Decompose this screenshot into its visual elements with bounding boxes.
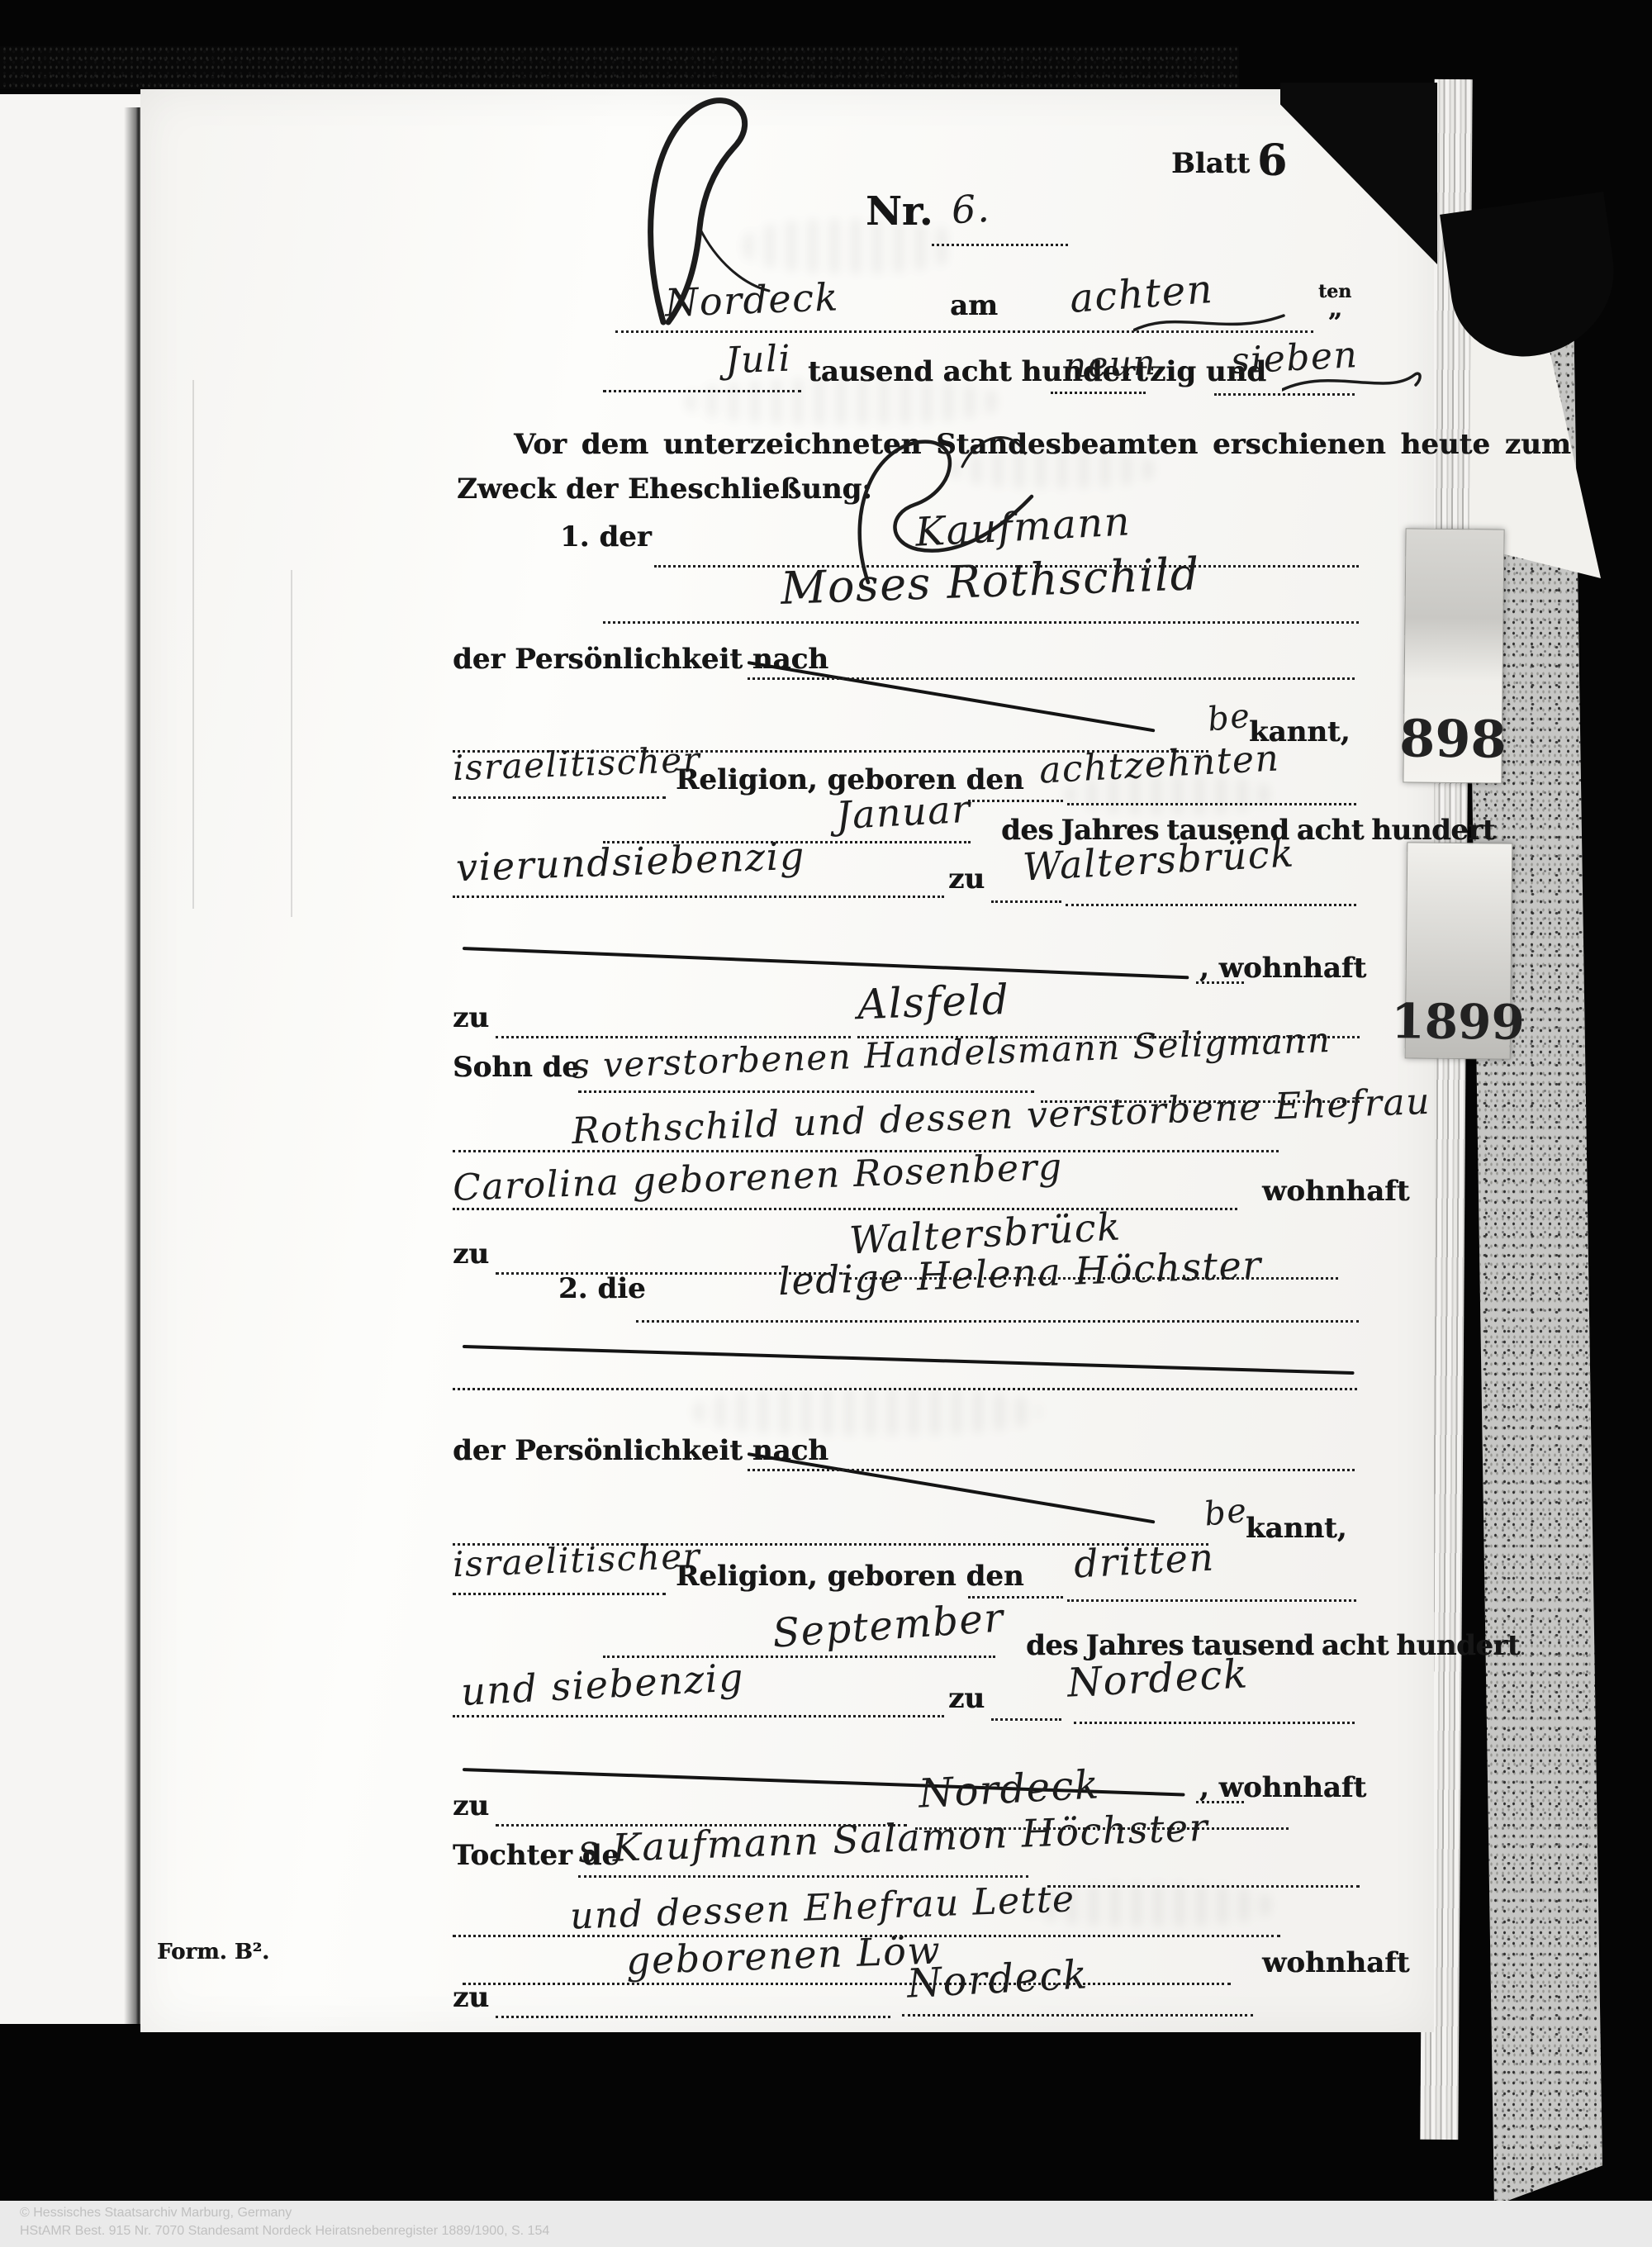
dotted-line xyxy=(603,621,1359,624)
year-tens: neun xyxy=(1063,342,1157,386)
page-crease xyxy=(291,570,292,917)
page-crease xyxy=(192,380,194,909)
handwriting-flourish xyxy=(1133,307,1290,342)
dotted-line xyxy=(453,796,666,799)
bride-religion: israelitischer xyxy=(452,1536,701,1584)
ditto-mark: „ xyxy=(1328,294,1342,323)
dotted-line xyxy=(932,244,1068,246)
scanned-register-photo: Blatt 6 Nr. 6. Nordeck am achten ten „ J… xyxy=(0,0,1652,2247)
dotted-line xyxy=(496,2016,890,2018)
dotted-line xyxy=(902,2014,1253,2017)
dotted-line xyxy=(453,1715,944,1717)
dotted-line xyxy=(1074,1722,1355,1724)
footer-strip: © Hessisches Staatsarchiv Marburg, Germa… xyxy=(0,2201,1652,2247)
wohnhaft-label-groom-parents: wohnhaft xyxy=(1262,1175,1409,1208)
kannt-label-bride: kannt, xyxy=(1246,1512,1347,1545)
zu-label-bride-residence: zu xyxy=(453,1789,489,1822)
wohnhaft-label-bride: , wohnhaft xyxy=(1199,1771,1366,1804)
dotted-line xyxy=(1214,393,1355,396)
bleedthrough-smudge xyxy=(694,1388,1041,1436)
dotted-line xyxy=(453,1593,666,1595)
bride-birth-day: dritten xyxy=(1073,1535,1216,1587)
identity-label-groom: der Persönlichkeit nach xyxy=(453,643,828,676)
bride-birth-place: Nordeck xyxy=(1066,1651,1250,1706)
sheet-label: Blatt xyxy=(1171,147,1250,180)
year-tab-898: 898 xyxy=(1403,528,1504,783)
form-number-note: Form. B². xyxy=(157,1940,269,1964)
record-month: Juli xyxy=(724,338,792,382)
dotted-line xyxy=(578,1090,1034,1093)
be-handwritten-groom: be xyxy=(1206,696,1253,739)
year-tab-1899: 1899 xyxy=(1405,842,1513,1059)
groom-residence: Alsfeld xyxy=(857,976,1010,1028)
wohnhaft-label-bride-parents: wohnhaft xyxy=(1262,1946,1409,1979)
dotted-line xyxy=(1066,904,1356,906)
sohn-label: Sohn de xyxy=(453,1051,580,1084)
dotted-line xyxy=(1067,803,1356,805)
footer-copyright: © Hessisches Staatsarchiv Marburg, Germa… xyxy=(20,2206,292,2221)
jahres-label-bride: des Jahres tausend acht hundert xyxy=(1026,1629,1520,1662)
dotted-line xyxy=(578,1875,1028,1878)
dotted-line xyxy=(968,800,1063,802)
identity-label-bride: der Persönlichkeit nach xyxy=(453,1434,828,1467)
groom-birth-month: Januar xyxy=(835,786,972,838)
dotted-line xyxy=(453,895,944,898)
dotted-line xyxy=(603,1656,995,1658)
left-page-sliver xyxy=(0,94,142,2024)
wohnhaft-label-groom: , wohnhaft xyxy=(1199,952,1366,985)
bride-parents-residence: Nordeck xyxy=(906,1951,1089,2007)
dotted-line xyxy=(748,1469,1355,1471)
dotted-line xyxy=(991,1718,1061,1721)
record-number-value: 6. xyxy=(951,186,992,232)
zu-label-groom-parents: zu xyxy=(453,1238,489,1271)
am-label: am xyxy=(950,289,998,322)
dotted-line xyxy=(1051,392,1146,394)
religion-label-groom: Religion, geboren den xyxy=(676,763,1024,796)
book-cover-edge-top xyxy=(0,46,1239,89)
sheet-number: 6 xyxy=(1257,135,1287,186)
bride-index-label: 2. die xyxy=(558,1272,646,1305)
year-tab-898-label: 898 xyxy=(1399,708,1507,769)
footer-archive-reference: HStAMR Best. 915 Nr. 7070 Standesamt Nor… xyxy=(20,2224,549,2239)
dotted-line xyxy=(636,1320,1359,1323)
record-place: Nordeck xyxy=(664,274,840,325)
be-handwritten-bride: be xyxy=(1203,1491,1250,1533)
intro-line-2: Zweck der Eheschließung: xyxy=(457,473,872,506)
dotted-line xyxy=(453,1388,1357,1390)
dotted-line xyxy=(991,900,1061,903)
zu-label-groom-birth: zu xyxy=(948,862,985,895)
dotted-line xyxy=(463,1983,1231,1985)
dotted-line xyxy=(748,677,1355,680)
record-number-label: Nr. xyxy=(866,188,933,235)
dotted-line xyxy=(1067,1599,1356,1602)
groom-index-label: 1. der xyxy=(560,520,652,553)
groom-religion: israelitischer xyxy=(452,739,701,788)
dotted-line xyxy=(603,390,801,392)
zu-label-groom-residence: zu xyxy=(453,1001,489,1034)
religion-label-bride: Religion, geboren den xyxy=(676,1560,1024,1593)
zu-label-bride-birth: zu xyxy=(948,1682,985,1715)
year-tab-1899-label: 1899 xyxy=(1391,993,1525,1051)
dotted-line xyxy=(1047,1885,1360,1888)
zu-label-bride-parents: zu xyxy=(453,1981,489,2014)
